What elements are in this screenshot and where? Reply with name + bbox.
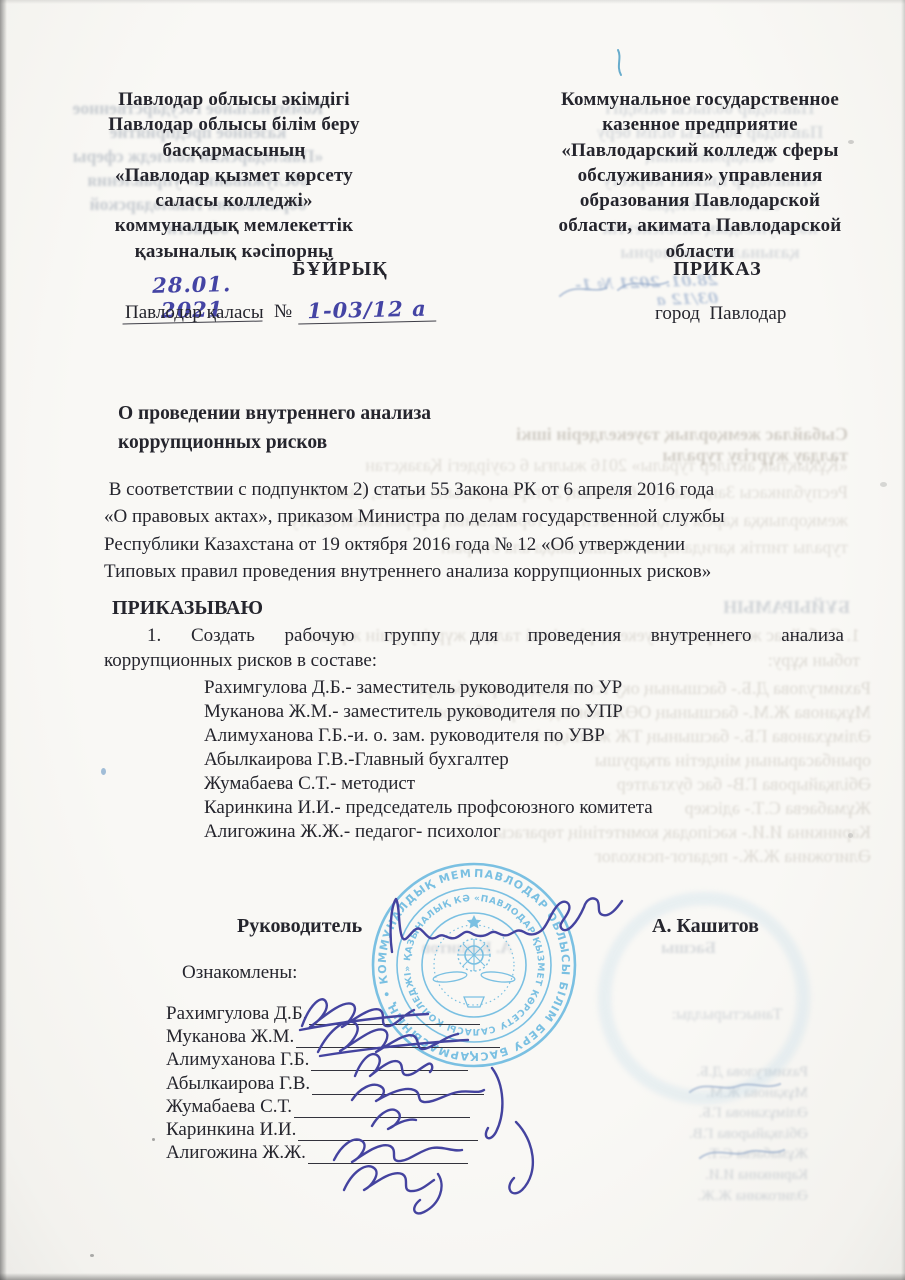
pen-mark-top	[618, 50, 621, 75]
signature-line	[294, 1095, 470, 1118]
acknowledged-label: Ознакомлены:	[182, 962, 297, 984]
ack-name: Алигожина Ж.Ж.	[166, 1142, 306, 1164]
order-number-field: 1-03/12 а	[298, 296, 437, 325]
number-sign: №	[262, 301, 298, 322]
org-name-kk-line: коммуналдық мемлекеттік	[98, 213, 370, 238]
resolution-item1-line2: коррупционных рисков в составе:	[104, 650, 377, 672]
org-name-kk-line: Павлодар облысы әкімдігі	[98, 87, 370, 112]
scan-speck	[90, 1254, 94, 1257]
working-group-member: Алимуханова Г.Б.-и. о. зам. руководителя…	[204, 724, 653, 748]
preamble-line: В соответствии с подпунктом 2) статьи 55…	[104, 476, 849, 503]
working-group-member: Абылкаирова Г.В.-Главный бухгалтер	[204, 748, 653, 772]
order-subject-line1: О проведении внутреннего анализа	[118, 399, 431, 428]
resolution-item1-line1: 1. Создать рабочую группу для проведения…	[147, 625, 844, 647]
order-city-ru: город Павлодар	[655, 303, 786, 325]
preamble-line: «О правовых актах», приказом Министра по…	[104, 503, 849, 530]
ack-name: Муканова Ж.М.	[166, 1026, 294, 1048]
ack-row: Муканова Ж.М.	[166, 1025, 500, 1048]
signature-line	[298, 1118, 478, 1141]
ack-row: Алигожина Ж.Ж.	[166, 1141, 468, 1164]
org-name-kk-line: Павлодар облысы білім беру	[98, 112, 370, 137]
signer-role: Руководитель	[237, 915, 362, 938]
working-group-member: Рахимгулова Д.Б.- заместитель руководите…	[204, 676, 653, 700]
ack-name: Рахимгулова Д.Б.	[166, 1003, 307, 1025]
working-group-member: Муканова Ж.М.- заместитель руководителя …	[204, 700, 653, 724]
scan-edge-top	[0, 0, 905, 4]
ack-row: Рахимгулова Д.Б.	[166, 1002, 480, 1025]
order-preamble: В соответствии с подпунктом 2) статьи 55…	[104, 476, 849, 585]
org-name-kk-line: «Павлодар қызмет көрсету	[98, 163, 370, 188]
order-subject: О проведении внутреннего анализа коррупц…	[118, 399, 431, 457]
working-group-member: Каринкина И.И.- председатель профсоюзног…	[204, 796, 653, 820]
scan-edge-right	[901, 0, 905, 1280]
scan-speck	[152, 1138, 155, 1141]
scan-speck	[848, 833, 853, 838]
order-title-ru: ПРИКАЗ	[655, 258, 780, 281]
scan-edge-left	[0, 0, 7, 1280]
signer-name: А. Кашитов	[652, 915, 759, 938]
signature-row7	[344, 1166, 442, 1213]
bleed-resolution-heading: БҰЙЫРАМЫН	[726, 597, 850, 618]
handwritten-number: 1-03/12 а	[307, 296, 427, 323]
signature-line	[308, 1141, 468, 1164]
order-city-kk: Павлодар қаласы	[125, 302, 264, 324]
org-name-ru-line: обслуживания» управления	[558, 163, 842, 188]
org-name-ru-line: области, акимата Павлодарской	[558, 213, 842, 238]
org-name-ru-line: образования Павлодарской	[558, 188, 842, 213]
org-name-kk: Павлодар облысы әкімдігі Павлодар облысы…	[98, 87, 370, 264]
org-name-ru-line: «Павлодарский колледж сферы	[558, 138, 842, 163]
ack-name: Жумабаева С.Т.	[166, 1096, 292, 1118]
scan-speck	[101, 768, 106, 775]
order-subject-line2: коррупционных рисков	[118, 428, 431, 457]
working-group-member: Жумабаева С.Т.- методист	[204, 772, 653, 796]
org-name-kk-line: саласы колледжі»	[98, 188, 370, 213]
preamble-line: Республики Казахстана от 19 октября 2016…	[104, 531, 849, 558]
ack-name: Абылкаирова Г.В.	[166, 1073, 310, 1095]
working-group-member: Алигожина Ж.Ж.- педагог- психолог	[204, 820, 653, 844]
org-name-ru-line: казенное предприятие	[558, 112, 842, 137]
scan-edge-bottom	[0, 1273, 905, 1280]
scan-speck	[848, 140, 854, 144]
org-name-ru-line: Коммунальное государственное	[558, 87, 842, 112]
ack-row: Каринкина И.И.	[166, 1118, 478, 1141]
signature-line	[312, 1072, 484, 1095]
ack-name: Алимуханова Г.Б.	[166, 1049, 309, 1071]
resolution-heading: ПРИКАЗЫВАЮ	[112, 597, 263, 620]
signature-line	[311, 1048, 468, 1071]
ack-row: Алимуханова Г.Б.	[166, 1048, 468, 1071]
preamble-line: Типовых правил проведения внутреннего ан…	[104, 558, 849, 585]
signature-line	[309, 1002, 480, 1025]
ack-row: Жумабаева С.Т.	[166, 1095, 470, 1118]
org-name-kk-line: басқармасының	[98, 138, 370, 163]
working-group-list: Рахимгулова Д.Б.- заместитель руководите…	[204, 676, 653, 844]
signature-line	[296, 1025, 500, 1048]
ack-name: Каринкина И.И.	[166, 1119, 296, 1141]
ack-row: Абылкаирова Г.В.	[166, 1072, 484, 1095]
org-name-ru: Коммунальное государственное казенное пр…	[558, 87, 842, 264]
scan-speck	[880, 482, 887, 487]
scanned-order-document: Коммунальное государственное казенное пр…	[0, 0, 905, 1280]
